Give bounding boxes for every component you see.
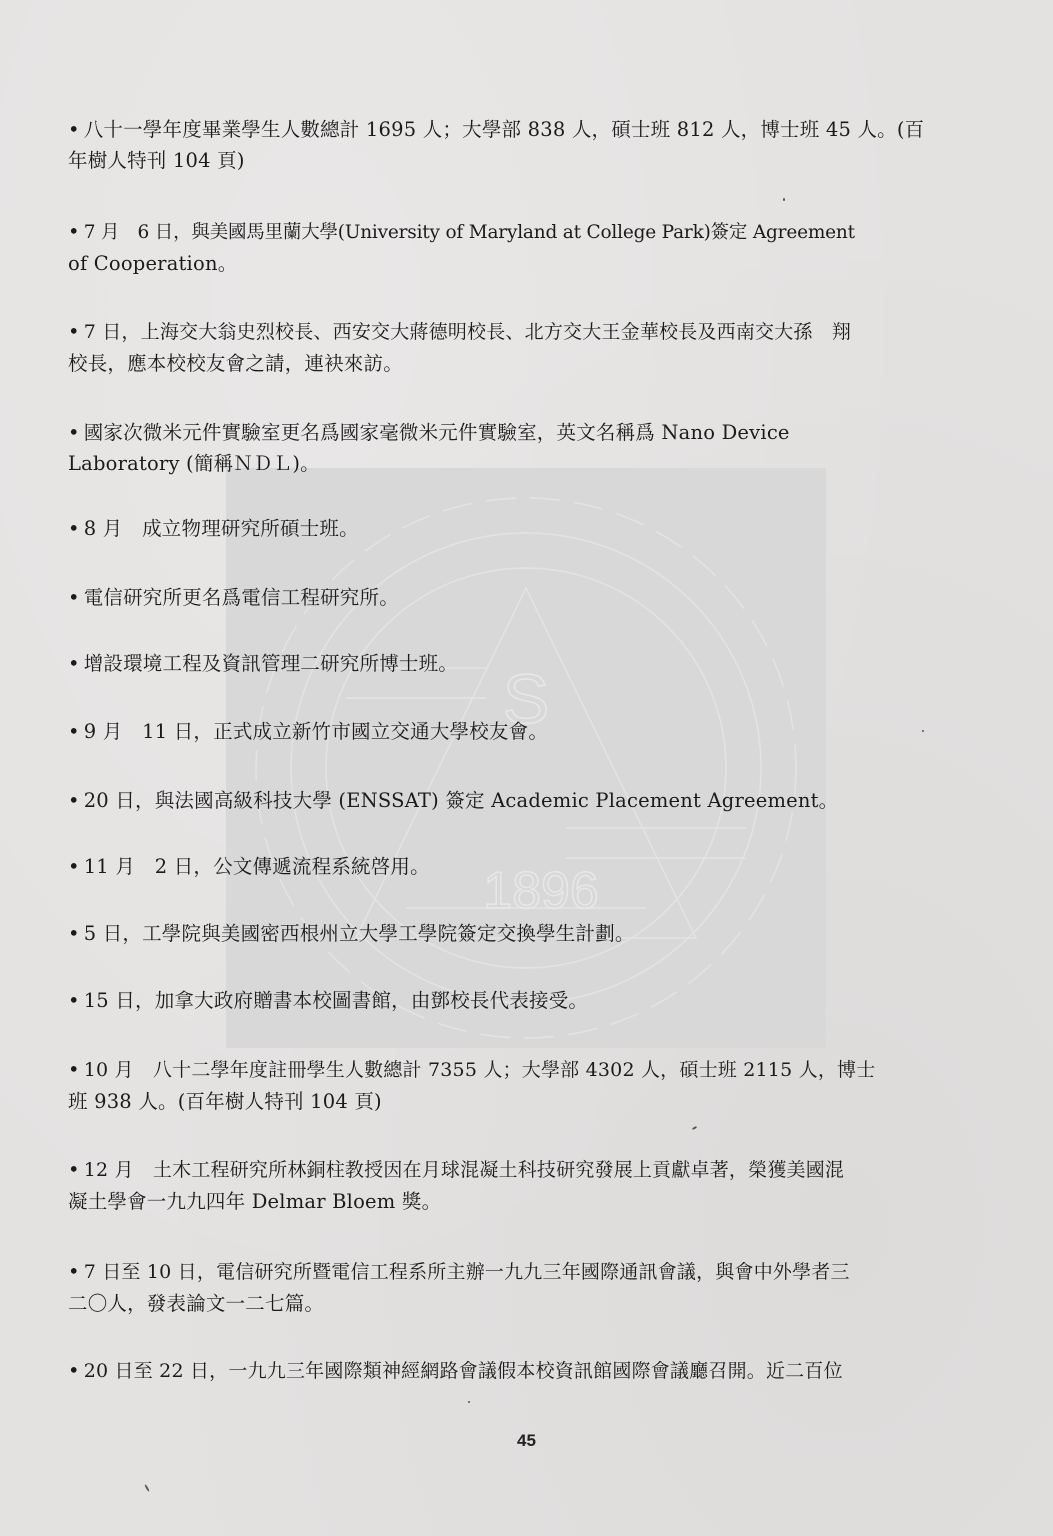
entry-text-line1: 增設環境工程及資訊管理二研究所博士班。 xyxy=(84,652,458,675)
entry-text-line1: 11 月 2 日，公文傳遞流程系統啓用。 xyxy=(84,855,430,878)
entry-telecom-rename: •電信研究所更名爲電信工程研究所。 xyxy=(68,582,953,613)
entry-text-line1: 八十一學年度畢業學生人數總計 1695 人；大學部 838 人，碩士班 812 … xyxy=(84,118,925,141)
entry-text-line1: 7 日至 10 日，電信研究所暨電信工程系所主辦一九九三年國際通訊會議，與會中外… xyxy=(84,1261,850,1283)
university-seal-watermark: S 1896 xyxy=(226,468,826,1048)
bullet-icon: • xyxy=(68,789,80,812)
entry-msu-exchange: •5 日，工學院與美國密西根州立大學工學院簽定交換學生計劃。 xyxy=(68,918,953,949)
entry-text-line1: 10 月 八十二學年度註冊學生人數總計 7355 人；大學部 4302 人，碩士… xyxy=(84,1059,876,1081)
entry-text-line1: 12 月 土木工程研究所林銅柱教授因在月球混凝土科技研究發展上貢獻卓著，榮獲美國… xyxy=(84,1159,844,1181)
entry-ndl-rename: •國家次微米元件實驗室更名爲國家毫微米元件實驗室，英文名稱爲 Nano Devi… xyxy=(68,417,953,479)
entry-umd-agreement: •7 月 6 日，與美國馬里蘭大學(University of Maryland… xyxy=(68,216,953,279)
entry-jiaotong-presidents-visit: •7 日，上海交大翁史烈校長、西安交大蔣德明校長、北方交大王金華校長及西南交大孫… xyxy=(68,316,953,379)
entry-graduates-81: •八十一學年度畢業學生人數總計 1695 人；大學部 838 人，碩士班 812… xyxy=(68,114,953,176)
entry-canada-books: •15 日，加拿大政府贈書本校圖書館，由鄧校長代表接受。 xyxy=(68,985,953,1016)
bullet-icon: • xyxy=(68,421,80,444)
entry-text-line2: of Cooperation。 xyxy=(68,248,953,279)
entry-text-line1: 20 日，與法國高級科技大學 (ENSSAT) 簽定 Academic Plac… xyxy=(84,789,839,812)
entry-text-line2: 班 938 人。(百年樹人特刊 104 頁) xyxy=(68,1086,953,1117)
bullet-icon: • xyxy=(68,118,80,141)
entry-document-system: •11 月 2 日，公文傳遞流程系統啓用。 xyxy=(68,851,953,882)
entry-comm-conference: •7 日至 10 日，電信研究所暨電信工程系所主辦一九九三年國際通訊會議，與會中… xyxy=(68,1256,953,1319)
bullet-icon: • xyxy=(68,922,80,945)
bullet-icon: • xyxy=(68,1260,80,1283)
entry-enrollment-82: •10 月 八十二學年度註冊學生人數總計 7355 人；大學部 4302 人，碩… xyxy=(68,1054,953,1117)
entry-text-line1: 8 月 成立物理研究所碩士班。 xyxy=(84,517,359,540)
page-number: 45 xyxy=(0,1431,1053,1451)
entry-phd-programs: •增設環境工程及資訊管理二研究所博士班。 xyxy=(68,648,953,679)
bullet-icon: • xyxy=(68,517,80,540)
scan-speck xyxy=(468,1401,470,1403)
bullet-icon: • xyxy=(68,1058,80,1081)
scan-speck xyxy=(922,730,924,732)
bullet-icon: • xyxy=(68,1158,80,1181)
entry-text-line2: 凝土學會一九九四年 Delmar Bloem 獎。 xyxy=(68,1186,953,1217)
seal-emblem-icon: S 1896 xyxy=(226,468,826,1048)
bullet-icon: • xyxy=(68,652,80,675)
entry-text-line2: 校長，應本校校友會之請，連袂來訪。 xyxy=(68,348,953,379)
bullet-icon: • xyxy=(68,320,80,343)
entry-neural-network-conference: •20 日至 22 日，一九九三年國際類神經網路會議假本校資訊館國際會議廳召開。… xyxy=(68,1355,953,1387)
bullet-icon: • xyxy=(68,220,80,243)
entry-text-line1: 7 日，上海交大翁史烈校長、西安交大蔣德明校長、北方交大王金華校長及西南交大孫 … xyxy=(84,321,851,343)
entry-enssat-agreement: •20 日，與法國高級科技大學 (ENSSAT) 簽定 Academic Pla… xyxy=(68,785,953,816)
entry-text-line2: Laboratory (簡稱ＮＤＬ)。 xyxy=(68,448,953,479)
scan-speck xyxy=(692,1126,697,1130)
entry-text-line1: 15 日，加拿大政府贈書本校圖書館，由鄧校長代表接受。 xyxy=(84,989,588,1012)
scan-speck xyxy=(783,198,785,201)
entry-text-line1: 7 月 6 日，與美國馬里蘭大學(University of Maryland … xyxy=(84,222,855,243)
bullet-icon: • xyxy=(68,855,80,878)
bullet-icon: • xyxy=(68,989,80,1012)
entry-physics-masters: •8 月 成立物理研究所碩士班。 xyxy=(68,513,953,544)
entry-text-line1: 電信研究所更名爲電信工程研究所。 xyxy=(84,586,399,609)
entry-alumni-association: •9 月 11 日，正式成立新竹市國立交通大學校友會。 xyxy=(68,716,953,747)
entry-delmar-bloem-award: •12 月 土木工程研究所林銅柱教授因在月球混凝土科技研究發展上貢獻卓著，榮獲美… xyxy=(68,1154,953,1217)
bullet-icon: • xyxy=(68,720,80,743)
entry-text-line1: 國家次微米元件實驗室更名爲國家毫微米元件實驗室，英文名稱爲 Nano Devic… xyxy=(84,421,790,444)
bullet-icon: • xyxy=(68,586,80,609)
entry-text-line2: 年樹人特刊 104 頁) xyxy=(68,145,953,176)
entry-text-line1: 20 日至 22 日，一九九三年國際類神經網路會議假本校資訊館國際會議廳召開。近… xyxy=(84,1360,843,1382)
entry-text-line2: 二〇人，發表論文一二七篇。 xyxy=(68,1288,953,1319)
bullet-icon: • xyxy=(68,1359,80,1382)
scanned-page: S 1896 •八十一學年度畢業學生人數總計 1695 人；大學部 838 人，… xyxy=(0,0,1053,1536)
scan-speck xyxy=(144,1484,150,1492)
entry-text-line1: 9 月 11 日，正式成立新竹市國立交通大學校友會。 xyxy=(84,720,548,743)
entry-text-line1: 5 日，工學院與美國密西根州立大學工學院簽定交換學生計劃。 xyxy=(84,922,635,945)
